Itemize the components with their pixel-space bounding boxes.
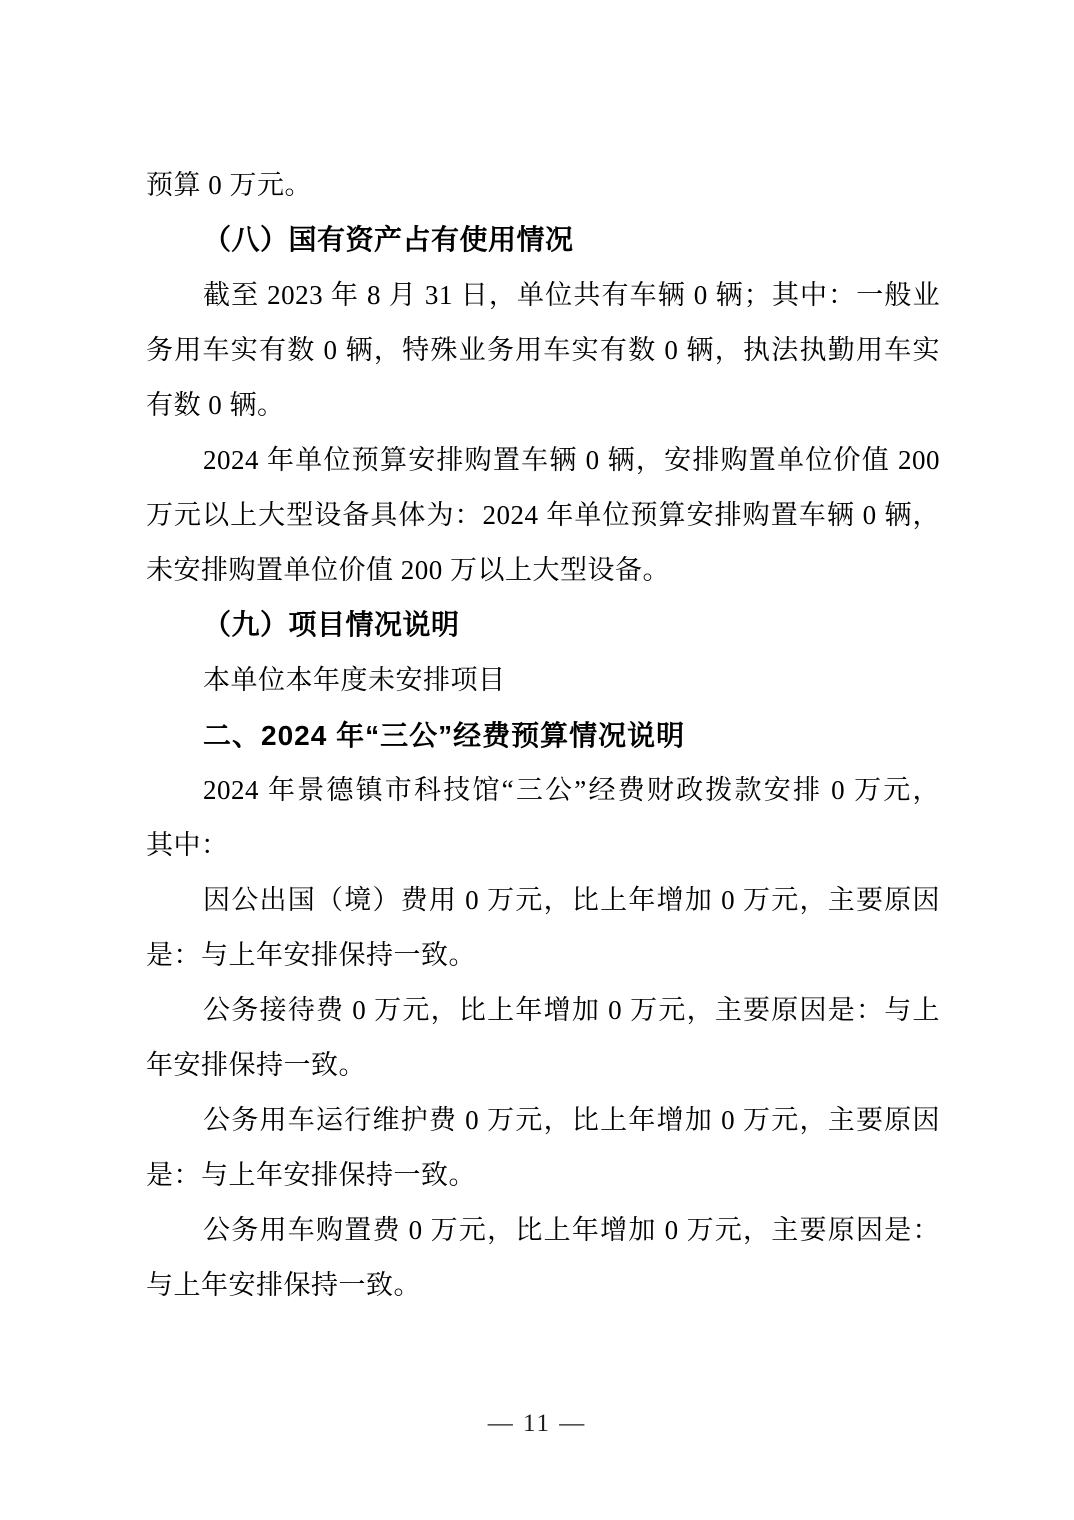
- body-line: 本单位本年度未安排项目: [146, 653, 940, 708]
- body-line: 2024 年单位预算安排购置车辆 0 辆，安排购置单位价值 200: [146, 433, 940, 488]
- body-line: 公务用车运行维护费 0 万元，比上年增加 0 万元，主要原因: [146, 1093, 940, 1148]
- document-body: 预算 0 万元。 （八）国有资产占有使用情况 截至 2023 年 8 月 31 …: [146, 158, 940, 1313]
- body-line: 与上年安排保持一致。: [146, 1258, 940, 1313]
- document-page: 预算 0 万元。 （八）国有资产占有使用情况 截至 2023 年 8 月 31 …: [0, 0, 1074, 1520]
- body-line: 截至 2023 年 8 月 31 日，单位共有车辆 0 辆；其中：一般业: [146, 268, 940, 323]
- body-line: 因公出国（境）费用 0 万元，比上年增加 0 万元，主要原因: [146, 873, 940, 928]
- body-line: 万元以上大型设备具体为：2024 年单位预算安排购置车辆 0 辆，: [146, 488, 940, 543]
- page-number: — 11 —: [0, 1410, 1074, 1438]
- body-line: 务用车实有数 0 辆，特殊业务用车实有数 0 辆，执法执勤用车实: [146, 323, 940, 378]
- body-line: 2024 年景德镇市科技馆“三公”经费财政拨款安排 0 万元，: [146, 763, 940, 818]
- heading-section-eight: （八）国有资产占有使用情况: [146, 213, 940, 268]
- body-line: 有数 0 辆。: [146, 378, 940, 433]
- body-line: 年安排保持一致。: [146, 1038, 940, 1093]
- body-line: 是：与上年安排保持一致。: [146, 1148, 940, 1203]
- body-line: 未安排购置单位价值 200 万以上大型设备。: [146, 543, 940, 598]
- heading-section-nine: （九）项目情况说明: [146, 598, 940, 653]
- body-line: 公务用车购置费 0 万元，比上年增加 0 万元，主要原因是：: [146, 1203, 940, 1258]
- body-line: 预算 0 万元。: [146, 158, 940, 213]
- body-line: 是：与上年安排保持一致。: [146, 928, 940, 983]
- body-line: 其中：: [146, 818, 940, 873]
- body-line: 公务接待费 0 万元，比上年增加 0 万元，主要原因是：与上: [146, 983, 940, 1038]
- heading-three-public-funds: 二、2024 年“三公”经费预算情况说明: [146, 708, 940, 763]
